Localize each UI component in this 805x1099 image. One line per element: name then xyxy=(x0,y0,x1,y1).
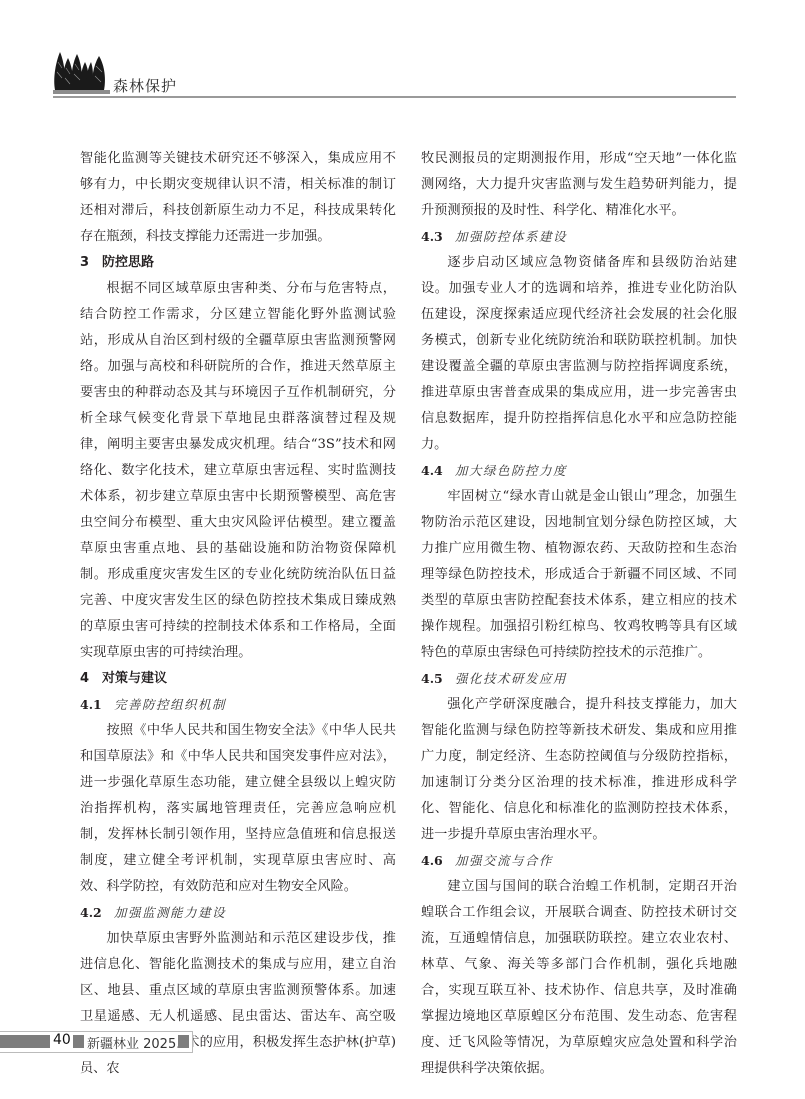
logo-base-bar xyxy=(53,90,110,94)
heading-number: 3 xyxy=(80,250,102,276)
body-paragraph: 强化产学研深度融合，提升科技支撑能力，加大智能化监测与绿色防控等新技术研发、集成… xyxy=(421,692,737,848)
heading-number: 4.5 xyxy=(421,666,455,692)
heading-title: 防控思路 xyxy=(102,255,154,270)
body-paragraph: 逐步启动区域应急物资储备库和县级防治站建设。加强专业人才的选调和培养，推进专业化… xyxy=(421,250,737,458)
body-paragraph: 智能化监测等关键技术研究还不够深入，集成应用不够有力，中长期灾变规律认识不清，相… xyxy=(80,146,396,250)
subsection-heading: 4.2加强监测能力建设 xyxy=(80,900,396,926)
heading-number: 4.4 xyxy=(421,458,455,484)
heading-title: 加强监测能力建设 xyxy=(114,905,226,920)
trees-icon xyxy=(53,50,111,92)
heading-title: 对策与建议 xyxy=(102,671,167,686)
body-paragraph: 根据不同区域草原虫害种类、分布与危害特点，结合防控工作需求，分区建立智能化野外监… xyxy=(80,276,396,666)
section-heading: 3防控思路 xyxy=(80,250,396,276)
page-footer: 40 新疆林业 2025.2 xyxy=(0,1031,193,1053)
body-paragraph: 牢固树立“绿水青山就是金山银山”理念，加强生物防治示范区建设，因地制宜划分绿色防… xyxy=(421,484,737,666)
header-divider xyxy=(53,96,736,98)
heading-number: 4.1 xyxy=(80,692,114,718)
section-title: 森林保护 xyxy=(113,75,177,96)
journal-issue: 新疆林业 2025.2 xyxy=(87,1033,189,1052)
heading-number: 4 xyxy=(80,666,102,692)
footer-square xyxy=(73,1035,84,1048)
heading-title: 加大绿色防控力度 xyxy=(455,463,567,478)
heading-number: 4.2 xyxy=(80,900,114,926)
page-number: 40 xyxy=(53,1032,71,1048)
heading-title: 完善防控组织机制 xyxy=(114,697,226,712)
subsection-heading: 4.4加大绿色防控力度 xyxy=(421,458,737,484)
page-header: 森林保护 xyxy=(52,46,736,98)
subsection-heading: 4.5强化技术研发应用 xyxy=(421,666,737,692)
heading-number: 4.6 xyxy=(421,848,455,874)
subsection-heading: 4.6加强交流与合作 xyxy=(421,848,737,874)
footer-bar xyxy=(0,1035,50,1048)
section-heading: 4对策与建议 xyxy=(80,666,396,692)
left-column: 智能化监测等关键技术研究还不够深入，集成应用不够有力，中长期灾变规律认识不清，相… xyxy=(80,146,396,1082)
subsection-heading: 4.1完善防控组织机制 xyxy=(80,692,396,718)
body-paragraph: 加快草原虫害野外监测站和示范区建设步伐，推进信息化、智能化监测技术的集成与应用，… xyxy=(80,926,396,1082)
heading-number: 4.3 xyxy=(421,224,455,250)
subsection-heading: 4.3加强防控体系建设 xyxy=(421,224,737,250)
footer-square xyxy=(178,1035,189,1048)
heading-title: 加强防控体系建设 xyxy=(455,229,567,244)
heading-title: 加强交流与合作 xyxy=(455,853,553,868)
right-column: 牧民测报员的定期测报作用，形成“空天地”一体化监测网络，大力提升灾害监测与发生趋… xyxy=(421,146,737,1082)
body-paragraph: 牧民测报员的定期测报作用，形成“空天地”一体化监测网络，大力提升灾害监测与发生趋… xyxy=(421,146,737,224)
body-paragraph: 建立国与国间的联合治蝗工作机制，定期召开治蝗联合工作组会议，开展联合调查、防控技… xyxy=(421,874,737,1082)
body-paragraph: 按照《中华人民共和国生物安全法》《中华人民共和国草原法》和《中华人民共和国突发事… xyxy=(80,718,396,900)
heading-title: 强化技术研发应用 xyxy=(455,671,567,686)
